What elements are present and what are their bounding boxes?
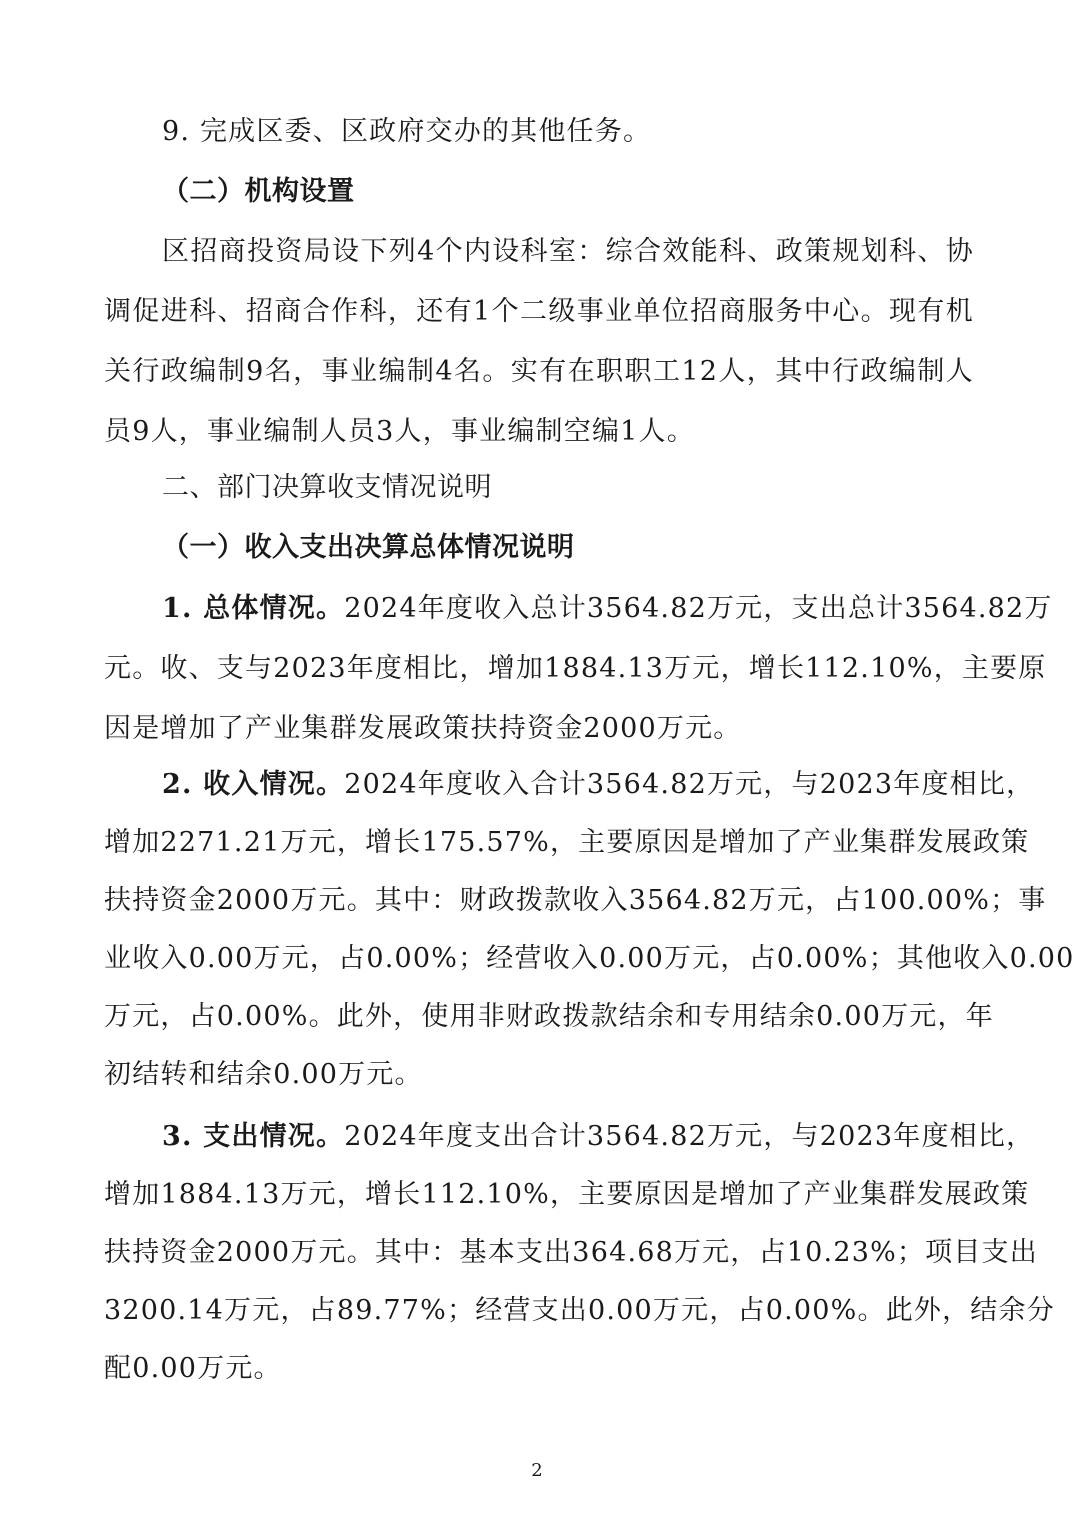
para-income-text: 2024年度收入合计3564.82万元，与2023年度相比， <box>344 767 1034 803</box>
para-overall-line-3: 因是增加了产业集群发展政策扶持资金2000万元。 <box>104 711 974 747</box>
para-expense-line-1: 3. 支出情况。 2024年度支出合计3564.82万元，与2023年度相比， <box>162 1119 974 1155</box>
para-income-line-3: 扶持资金2000万元。其中：财政拨款收入3564.82万元，占100.00%；事 <box>104 883 974 919</box>
para-expense-label: 3. 支出情况。 <box>162 1119 344 1155</box>
para-overall-line-1: 1. 总体情况。 2024年度收入总计3564.82万元，支出总计3564.82… <box>162 591 974 627</box>
para-income-line-6: 初结转和结余0.00万元。 <box>104 1057 974 1093</box>
list-item-9: 9. 完成区委、区政府交办的其他任务。 <box>162 114 1032 150</box>
para-expense-line-4: 3200.14万元，占89.77%；经营支出0.00万元，占0.00%。此外，结… <box>104 1293 974 1329</box>
para-overall-label: 1. 总体情况。 <box>162 591 344 627</box>
para-overall-line-2: 元。收、支与2023年度相比，增加1884.13万元，增长112.10%，主要原 <box>104 651 974 687</box>
org-paragraph-line-3: 关行政编制9名，事业编制4名。实有在职职工12人，其中行政编制人 <box>104 354 974 390</box>
para-expense-text: 2024年度支出合计3564.82万元，与2023年度相比， <box>344 1119 1034 1155</box>
para-expense-line-3: 扶持资金2000万元。其中：基本支出364.68万元，占10.23%；项目支出 <box>104 1235 974 1271</box>
section-heading-org-setup: （二）机构设置 <box>162 174 1032 210</box>
para-income-line-2: 增加2271.21万元，增长175.57%，主要原因是增加了产业集群发展政策 <box>104 825 974 861</box>
org-paragraph-line-1: 区招商投资局设下列4个内设科室：综合效能科、政策规划科、协 <box>162 234 974 270</box>
para-income-line-1: 2. 收入情况。 2024年度收入合计3564.82万元，与2023年度相比， <box>162 767 974 803</box>
org-paragraph-line-4: 员9人，事业编制人员3人，事业编制空编1人。 <box>104 414 974 450</box>
para-income-line-4: 业收入0.00万元，占0.00%；经营收入0.00万元，占0.00%；其他收入0… <box>104 941 974 977</box>
document-page: 9. 完成区委、区政府交办的其他任务。 （二）机构设置 区招商投资局设下列4个内… <box>0 0 1074 1520</box>
para-income-line-5: 万元，占0.00%。此外，使用非财政拨款结余和专用结余0.00万元，年 <box>104 999 974 1035</box>
para-expense-line-2: 增加1884.13万元，增长112.10%，主要原因是增加了产业集群发展政策 <box>104 1177 974 1213</box>
para-income-label: 2. 收入情况。 <box>162 767 344 803</box>
para-overall-text: 2024年度收入总计3564.82万元，支出总计3564.82万 <box>344 591 1052 627</box>
org-paragraph-line-2: 调促进科、招商合作科，还有1个二级事业单位招商服务中心。现有机 <box>104 294 974 330</box>
para-expense-line-5: 配0.00万元。 <box>104 1351 974 1387</box>
section-heading-budget-explanation: 二、部门决算收支情况说明 <box>162 470 1032 506</box>
page-number: 2 <box>0 1460 1074 1482</box>
subsection-heading-overall: （一）收入支出决算总体情况说明 <box>162 530 1032 566</box>
